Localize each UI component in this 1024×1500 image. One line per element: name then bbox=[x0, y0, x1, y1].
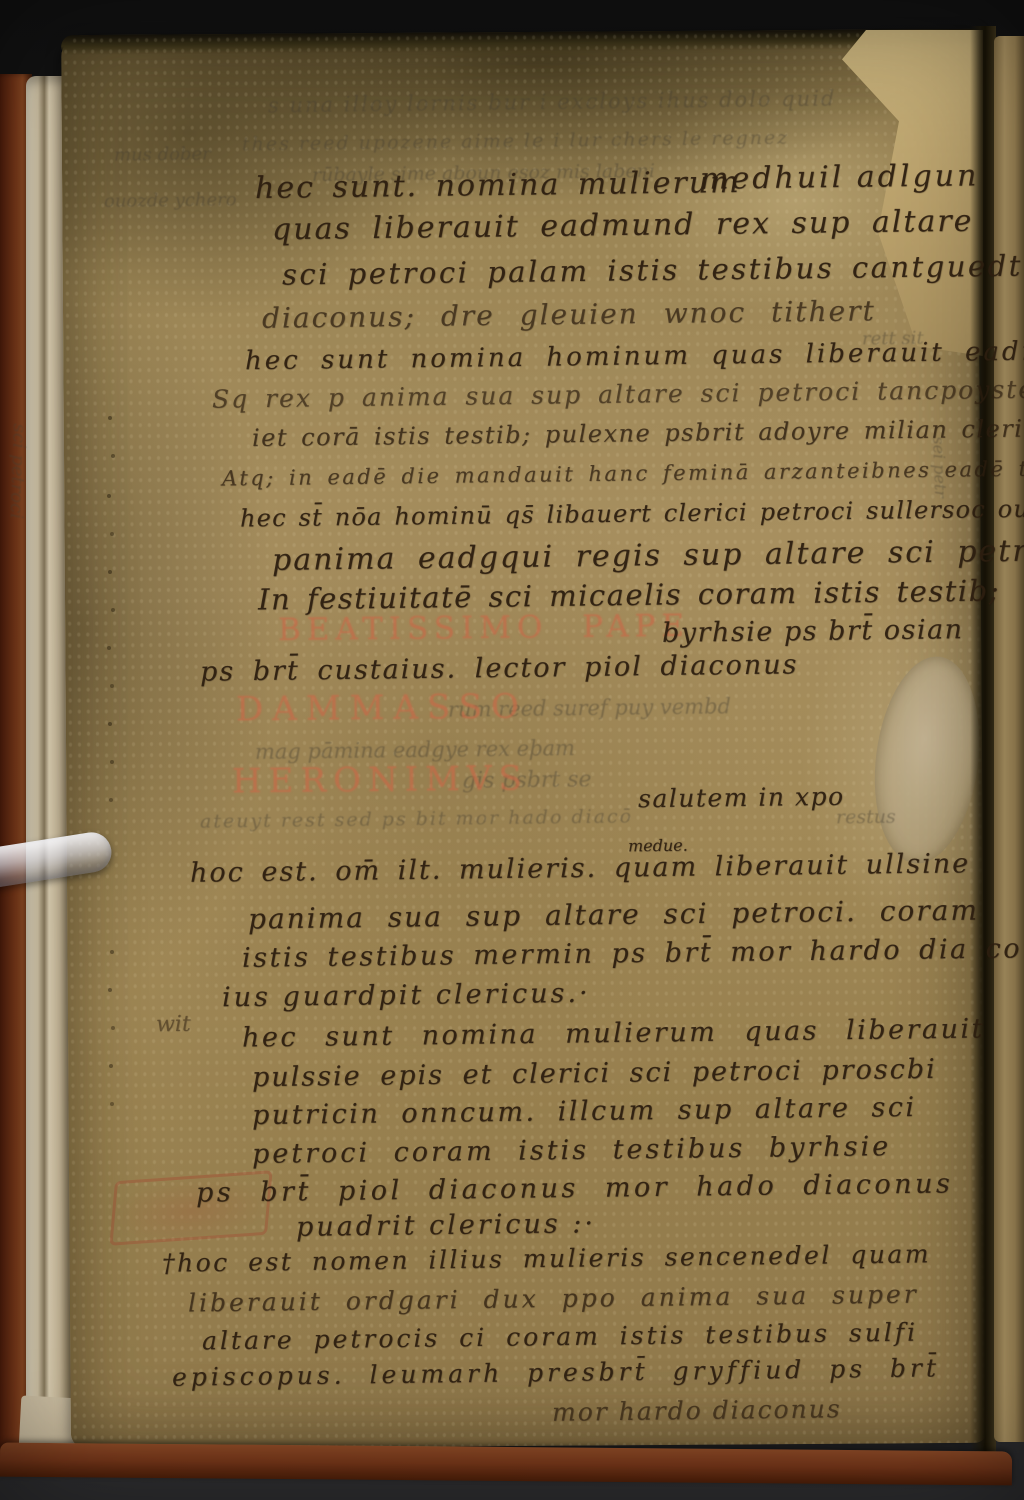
marginal-note: wit bbox=[156, 1012, 191, 1037]
rubric-line: HERONIMVS bbox=[232, 758, 529, 801]
manuscript-photo: s una illoy lornis bur i excloys ihus do… bbox=[0, 0, 1024, 1500]
rubric-line: DAMMASSO bbox=[236, 686, 528, 729]
text-line: byrhsie ps brt̄ osian bbox=[662, 614, 964, 649]
gutter-shadow bbox=[970, 26, 996, 1456]
text-line: salutem in xpo bbox=[638, 782, 845, 814]
text-line: mor hardo diaconus bbox=[552, 1394, 842, 1427]
bleedthrough-line: ouozde ychero bbox=[104, 189, 237, 212]
book-cover-bottom-edge bbox=[0, 1443, 1012, 1486]
facing-page-edge bbox=[994, 36, 1024, 1442]
text-line: medhuil adlgun bbox=[700, 158, 980, 196]
text-line: puadrit clericus :· bbox=[296, 1208, 596, 1243]
pricking-holes bbox=[108, 416, 112, 420]
text-line: hec sunt. nomina mulierum bbox=[255, 165, 741, 206]
bleedthrough-line: mus dober bbox=[114, 143, 211, 165]
text-line: ius guardpit clericus.· bbox=[222, 978, 591, 1014]
bleedthrough-line: sci petroci bbox=[6, 423, 30, 519]
